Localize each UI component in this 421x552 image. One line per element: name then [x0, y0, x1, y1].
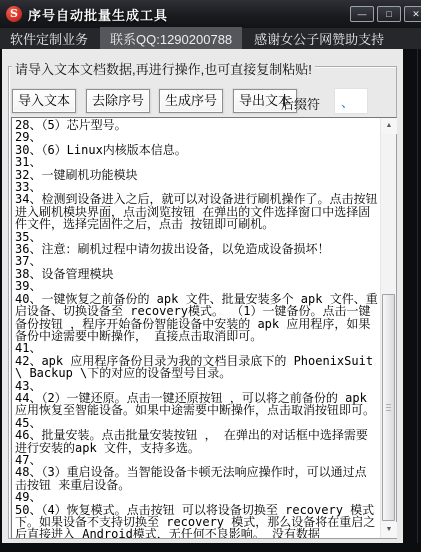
- window-frame-right: [403, 49, 421, 552]
- text-editor[interactable]: 28、（5）芯片型号。 29、 30、（6）Linux内核版本信息。 31、 3…: [11, 117, 397, 539]
- close-button[interactable]: ✕: [404, 6, 421, 22]
- title-bar[interactable]: S 序号自动批量生成工具 — □ ✕: [0, 0, 421, 28]
- scroll-down-icon[interactable]: ▼: [381, 522, 397, 538]
- editor-content[interactable]: 28、（5）芯片型号。 29、 30、（6）Linux内核版本信息。 31、 3…: [12, 118, 380, 538]
- scrollbar-thumb[interactable]: [382, 294, 395, 521]
- suffix-char-input[interactable]: [334, 88, 368, 114]
- generate-serial-button[interactable]: 生成序号: [159, 89, 223, 113]
- menu-item-contact-qq[interactable]: 联系QQ:1290200788: [100, 27, 242, 50]
- vertical-scrollbar[interactable]: ▲ ▼: [380, 118, 396, 538]
- app-window: S 序号自动批量生成工具 — □ ✕ 软件定制业务 联系QQ:129020078…: [0, 0, 421, 552]
- scroll-up-icon[interactable]: ▲: [381, 118, 397, 134]
- maximize-button[interactable]: □: [377, 6, 401, 22]
- suffix-char-label: 后缀符: [281, 94, 320, 113]
- group-box-title: 请导入文本文档数据,再进行操作,也可直接复制粘贴!: [12, 59, 315, 78]
- window-frame-bottom: [0, 543, 421, 552]
- menu-item-custom-software[interactable]: 软件定制业务: [0, 27, 98, 50]
- menu-item-sponsor[interactable]: 感谢女公子网赞助支持: [244, 27, 394, 50]
- window-body: 请导入文本文档数据,再进行操作,也可直接复制粘贴! 导入文本 去除序号 生成序号…: [2, 49, 403, 543]
- window-title: 序号自动批量生成工具: [28, 5, 168, 24]
- scrollbar-grip-icon: [386, 404, 391, 411]
- minimize-button[interactable]: —: [350, 6, 374, 22]
- window-controls: — □ ✕: [350, 6, 421, 22]
- remove-serial-button[interactable]: 去除序号: [86, 89, 150, 113]
- app-logo-icon: S: [6, 6, 22, 22]
- menu-bar: 软件定制业务 联系QQ:1290200788 感谢女公子网赞助支持: [0, 28, 421, 49]
- import-text-button[interactable]: 导入文本: [12, 89, 76, 113]
